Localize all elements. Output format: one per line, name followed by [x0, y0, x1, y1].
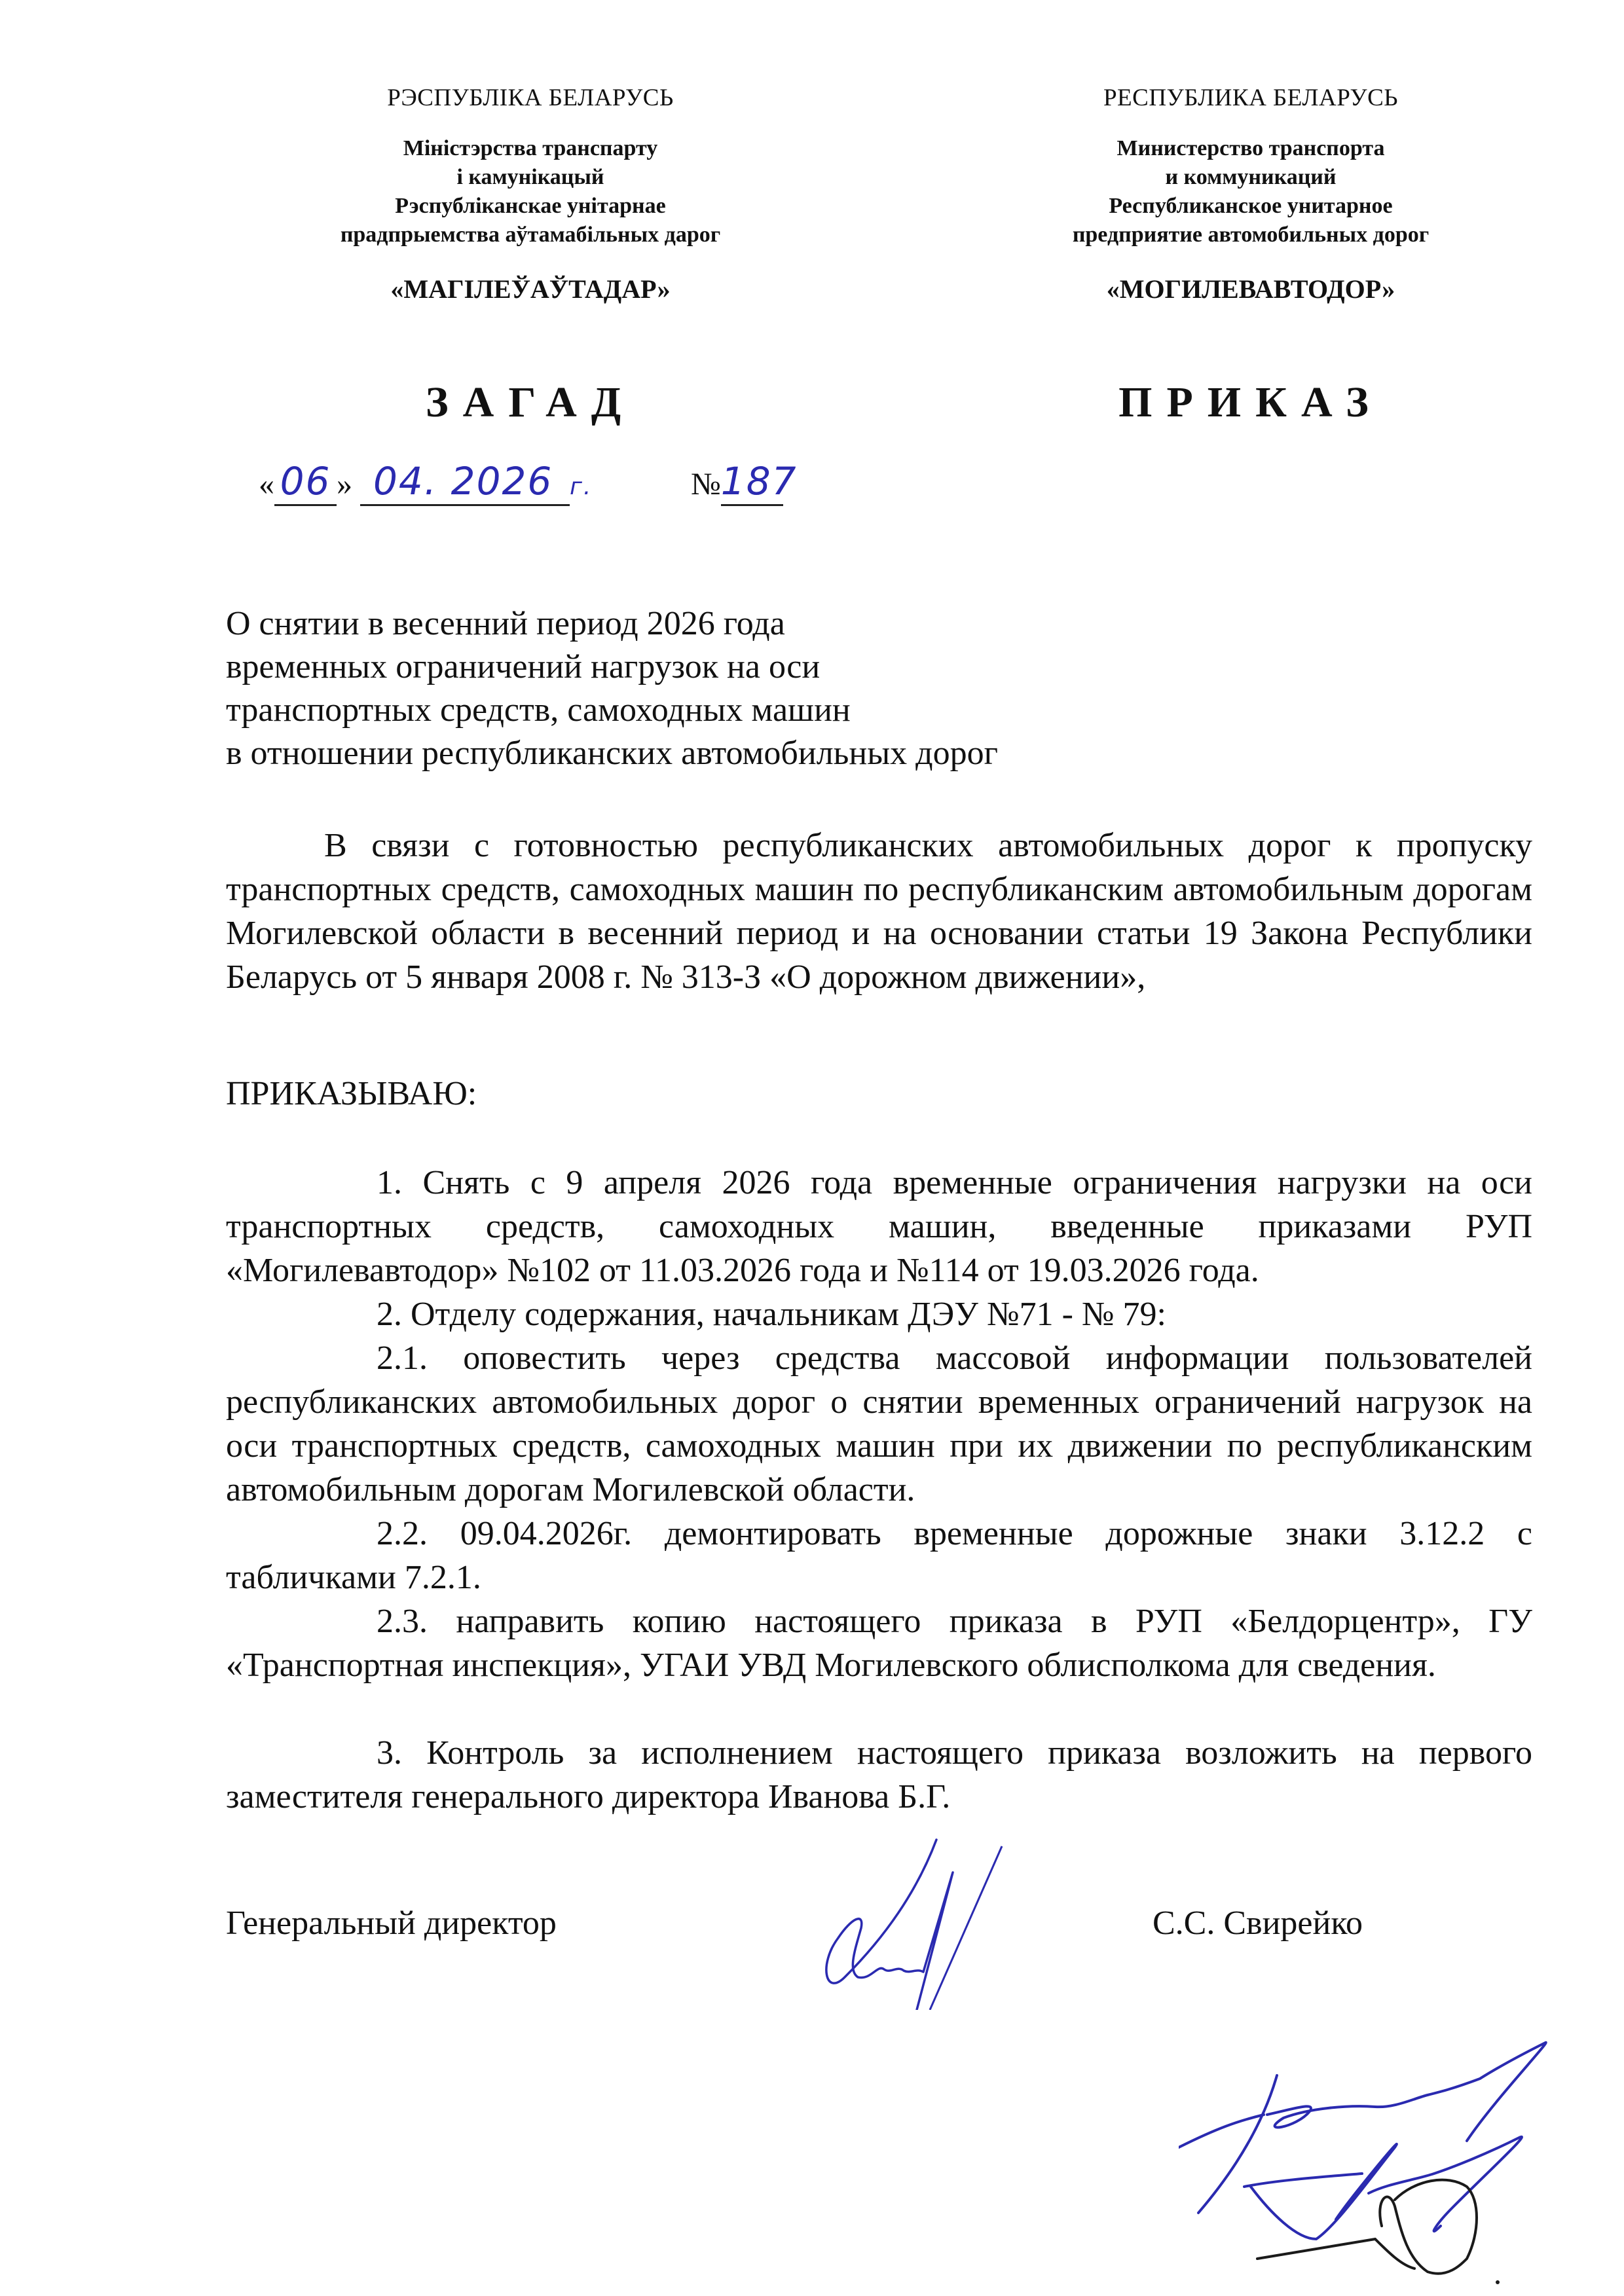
preamble-paragraph: В связи с готовностью республиканских ав… [226, 824, 1532, 999]
org-line: и коммуникаций [923, 163, 1578, 192]
subject-line: О снятии в весенний период 2026 года [226, 602, 1208, 646]
subject-line: временных ограничений нагрузок на оси [226, 646, 1208, 689]
doc-type-be: ЗАГАД [203, 376, 858, 429]
header-org-ru: Министерство транспорта и коммуникаций Р… [923, 134, 1578, 249]
order-item-2: 2. Отделу содержания, начальникам ДЭУ №7… [226, 1292, 1532, 1336]
org-line: прадпрыемства аўтамабільных дарог [203, 221, 858, 249]
header-company-name-be: «МАГІЛЕЎАЎТАДАР» [203, 274, 858, 305]
order-item-2-3: 2.3. направить копию настоящего приказа … [226, 1599, 1532, 1687]
date-quote-open: « [259, 467, 274, 501]
org-line: предприятие автомобильных дорог [923, 221, 1578, 249]
order-item-1: 1. Снять с 9 апреля 2026 года временные … [226, 1161, 1532, 1292]
director-signature-icon [805, 1813, 1094, 2010]
org-line: Министерство транспорта [923, 134, 1578, 163]
subject-line: в отношении республиканских автомобильны… [226, 732, 1208, 775]
date-month-year: 04. 2026 [360, 458, 570, 506]
order-item-2-2: 2.2. 09.04.2026г. демонтировать временны… [226, 1512, 1532, 1599]
number-label: № [691, 467, 721, 501]
approval-signatures-icon [1179, 2016, 1624, 2291]
signatory-position: Генеральный директор [226, 1902, 557, 1945]
doc-type-ru: ПРИКАЗ [923, 376, 1578, 429]
org-line: і камунікацый [203, 163, 858, 192]
org-line: Міністэрства транспарту [203, 134, 858, 163]
number-value: 187 [721, 458, 783, 506]
header-country-be: РЭСПУБЛІКА БЕЛАРУСЬ [203, 84, 858, 113]
signatory-name: С.С. Свирейко [1153, 1902, 1363, 1945]
document-number: №187 [691, 458, 783, 506]
org-line: Рэспубліканскае унітарнае [203, 192, 858, 221]
org-line: Республиканское унитарное [923, 192, 1578, 221]
subject-line: транспортных средств, самоходных машин [226, 689, 1208, 732]
document-subject: О снятии в весенний период 2026 года вре… [226, 602, 1208, 775]
date-day: 06 [274, 458, 337, 506]
header-country-ru: РЕСПУБЛИКА БЕЛАРУСЬ [923, 84, 1578, 113]
date-year-suffix: г. [570, 473, 592, 500]
header-company-name-ru: «МОГИЛЕВАВТОДОР» [923, 274, 1578, 305]
order-item-2-1: 2.1. оповестить через средства массовой … [226, 1336, 1532, 1512]
header-org-be: Міністэрства транспарту і камунікацый Рэ… [203, 134, 858, 249]
ordering-word: ПРИКАЗЫВАЮ: [226, 1072, 477, 1116]
date-quote-close: » [337, 467, 352, 501]
document-date: «06» 04. 2026г. [259, 458, 592, 517]
order-item-3: 3. Контроль за исполнением настоящего пр… [226, 1731, 1532, 1819]
